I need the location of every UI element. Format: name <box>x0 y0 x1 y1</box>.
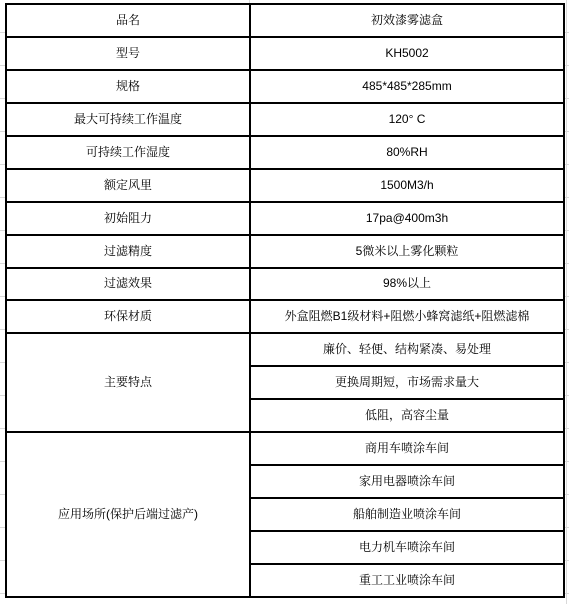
spec-value-material: 外盒阻燃B1级材料+阻燃小蜂窝滤纸+阻燃滤棉 <box>250 300 564 333</box>
spec-label-max-temp: 最大可持续工作温度 <box>6 103 250 136</box>
spec-row-product-name: 品名 初效漆雾滤盒 <box>6 4 564 37</box>
spec-value-filtration-efficiency: 98%以上 <box>250 268 564 301</box>
spec-label-dimensions: 规格 <box>6 70 250 103</box>
spec-row-initial-resistance: 初始阻力 17pa@400m3h <box>6 202 564 235</box>
spec-row-dimensions: 规格 485*485*285mm <box>6 70 564 103</box>
spec-label-humidity: 可持续工作湿度 <box>6 136 250 169</box>
spec-label-airflow: 额定风里 <box>6 169 250 202</box>
spec-row-features: 主要特点 廉价、轻便、结构紧凑、易处理 <box>6 333 564 366</box>
spec-value-application-5: 重工工业喷涂车间 <box>250 564 564 597</box>
spec-value-initial-resistance: 17pa@400m3h <box>250 202 564 235</box>
spec-row-humidity: 可持续工作湿度 80%RH <box>6 136 564 169</box>
spec-label-filtration-efficiency: 过滤效果 <box>6 268 250 301</box>
spec-value-application-4: 电力机车喷涂车间 <box>250 531 564 564</box>
spec-value-product-name: 初效漆雾滤盒 <box>250 4 564 37</box>
spec-row-model: 型号 KH5002 <box>6 37 564 70</box>
spec-value-feature-2: 更换周期短，市场需求量大 <box>250 366 564 399</box>
spec-value-dimensions: 485*485*285mm <box>250 70 564 103</box>
spec-value-application-3: 船舶制造业喷涂车间 <box>250 498 564 531</box>
spec-value-feature-1: 廉价、轻便、结构紧凑、易处理 <box>250 333 564 366</box>
gridline-vertical-right <box>566 0 567 604</box>
spec-label-material: 环保材质 <box>6 300 250 333</box>
spec-value-airflow: 1500M3/h <box>250 169 564 202</box>
spec-label-product-name: 品名 <box>6 4 250 37</box>
spec-value-filtration-precision: 5微米以上雾化颗粒 <box>250 235 564 268</box>
spec-row-applications: 应用场所(保护后端过滤产) 商用车喷涂车间 <box>6 432 564 465</box>
spec-value-model: KH5002 <box>250 37 564 70</box>
spec-value-application-2: 家用电器喷涂车间 <box>250 465 564 498</box>
spec-row-filtration-efficiency: 过滤效果 98%以上 <box>6 268 564 301</box>
spec-row-material: 环保材质 外盒阻燃B1级材料+阻燃小蜂窝滤纸+阻燃滤棉 <box>6 300 564 333</box>
spec-label-initial-resistance: 初始阻力 <box>6 202 250 235</box>
spec-table: 品名 初效漆雾滤盒 型号 KH5002 规格 485*485*285mm 最大可… <box>5 3 565 598</box>
spec-value-max-temp: 120° C <box>250 103 564 136</box>
spec-value-feature-3: 低阻，高容尘量 <box>250 399 564 432</box>
spec-row-airflow: 额定风里 1500M3/h <box>6 169 564 202</box>
spec-label-model: 型号 <box>6 37 250 70</box>
spec-label-features: 主要特点 <box>6 333 250 432</box>
spec-value-application-1: 商用车喷涂车间 <box>250 432 564 465</box>
spec-value-humidity: 80%RH <box>250 136 564 169</box>
spec-label-applications: 应用场所(保护后端过滤产) <box>6 432 250 597</box>
spec-label-filtration-precision: 过滤精度 <box>6 235 250 268</box>
spec-row-filtration-precision: 过滤精度 5微米以上雾化颗粒 <box>6 235 564 268</box>
spec-row-max-temp: 最大可持续工作温度 120° C <box>6 103 564 136</box>
